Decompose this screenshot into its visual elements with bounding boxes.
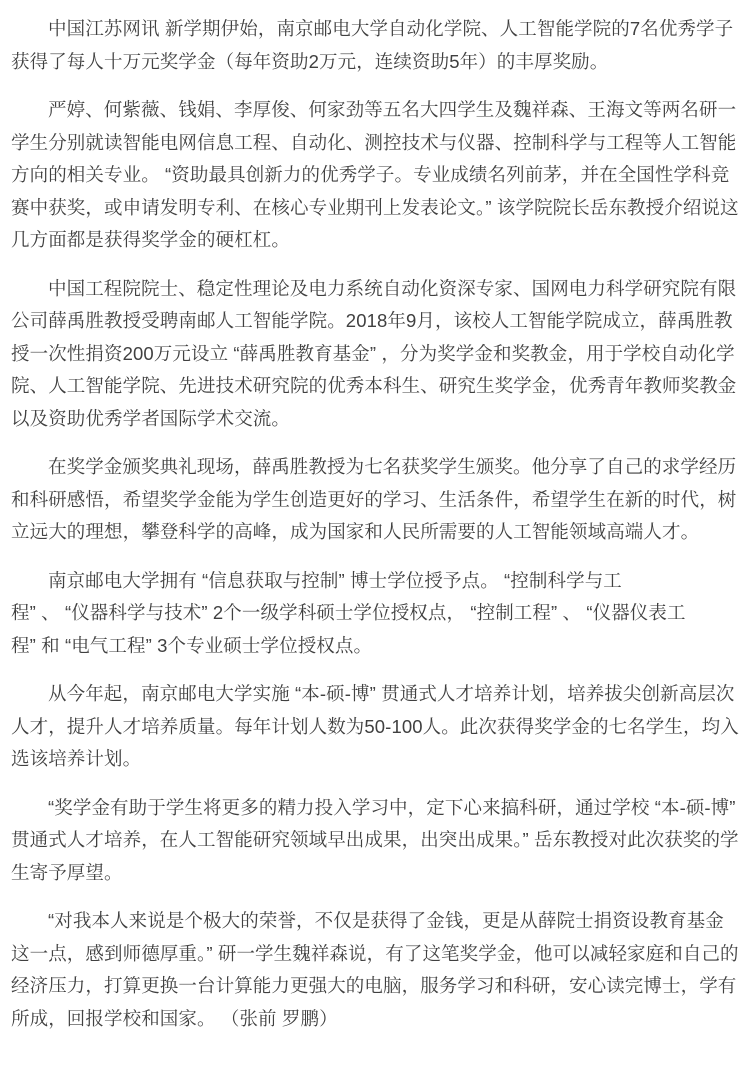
article-paragraph-ceremony: 在奖学金颁奖典礼现场，薛禹胜教授为七名获奖学生颁奖。他分享了自己的求学经历和科研…: [11, 451, 741, 549]
article-paragraph-professor-quote: “奖学金有助于学生将更多的精力投入学习中，定下心来搞科研，通过学校 “本-硕-博…: [11, 792, 741, 890]
article-paragraph-fund: 中国工程院院士、稳定性理论及电力系统自动化资深专家、国网电力科学研究院有限公司薛…: [11, 273, 741, 436]
article-paragraph-students: 严婷、何紫薇、钱娟、李厚俊、何家劲等五名大四学生及魏祥森、王海文等两名研一学生分…: [11, 94, 741, 257]
article-paragraph-student-quote-byline: “对我本人来说是个极大的荣誉，不仅是获得了金钱，更是从薛院士捐资设教育基金这一点…: [11, 905, 741, 1035]
article-paragraph-training-plan: 从今年起，南京邮电大学实施 “本-硕-博” 贯通式人才培养计划，培养拔尖创新高层…: [11, 678, 741, 776]
article-paragraph-degree-programs: 南京邮电大学拥有 “信息获取与控制” 博士学位授予点。 “控制科学与工 程” 、…: [11, 565, 741, 663]
article-paragraph-lead: 中国江苏网讯 新学期伊始，南京邮电大学自动化学院、人工智能学院的7名优秀学子获得…: [11, 13, 741, 78]
article-body: 中国江苏网讯 新学期伊始，南京邮电大学自动化学院、人工智能学院的7名优秀学子获得…: [0, 0, 750, 1053]
